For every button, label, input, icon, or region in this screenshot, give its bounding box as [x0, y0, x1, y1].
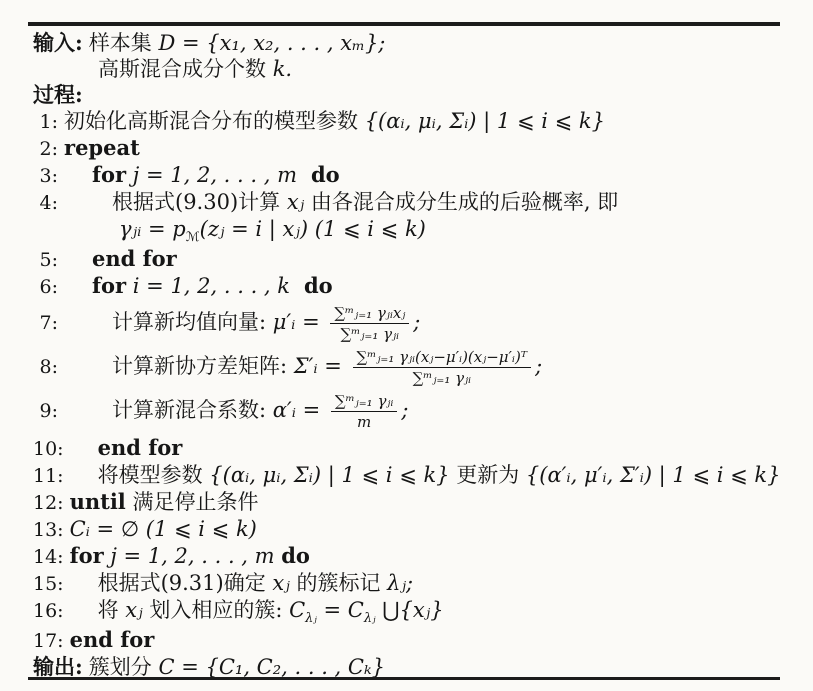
posterior-math: γⱼᵢ = p: [119, 217, 186, 241]
mixing-lhs: α′ᵢ =: [273, 398, 327, 422]
fraction-numerator: ∑ᵐⱼ₌₁ γⱼᵢ: [331, 391, 398, 411]
line-number: 3:: [33, 163, 58, 189]
output-text: 簇划分: [89, 655, 159, 679]
step-16-text: 将: [98, 598, 126, 622]
step-15-text: 根据式(9.31)确定: [98, 571, 273, 595]
step-16-text2: 划入相应的簇:: [143, 598, 289, 622]
line-number: 8:: [33, 354, 58, 380]
step-15-math: xⱼ: [272, 571, 289, 595]
input-continuation-line: 高斯混合成分个数 k.: [33, 56, 797, 82]
input-label: 输入:: [33, 30, 83, 56]
mean-fraction: ∑ᵐⱼ₌₁ γⱼᵢxⱼ∑ᵐⱼ₌₁ γⱼᵢ: [330, 303, 409, 344]
line-number: 15:: [33, 571, 64, 597]
process-label-line: 过程:: [33, 82, 797, 108]
step-row-9: 9:计算新混合系数: α′ᵢ = ∑ᵐⱼ₌₁ γⱼᵢm;: [33, 391, 797, 432]
step-1-text: 初始化高斯混合分布的模型参数: [64, 109, 365, 133]
step-row-8: 8:计算新协方差矩阵: Σ′ᵢ = ∑ᵐⱼ₌₁ γⱼᵢ(xⱼ−μ′ᵢ)(xⱼ−μ…: [33, 347, 797, 388]
keyword-end-for: end for: [70, 627, 155, 652]
semicolon: ;: [401, 398, 408, 422]
process-label: 过程:: [33, 82, 83, 108]
semicolon: ;: [535, 354, 542, 378]
keyword-end-for: end for: [92, 246, 177, 271]
step-row-15: 15:根据式(9.31)确定 xⱼ 的簇标记 λⱼ;: [33, 570, 797, 597]
keyword-for: for: [92, 273, 126, 298]
line-number: 17:: [33, 628, 64, 654]
step-row-6: 6:for i = 1, 2, . . . , k do: [33, 273, 797, 300]
step-row-1: 1:初始化高斯混合分布的模型参数 {(αᵢ, μᵢ, Σᵢ) | 1 ⩽ i ⩽…: [33, 108, 797, 135]
covariance-fraction: ∑ᵐⱼ₌₁ γⱼᵢ(xⱼ−μ′ᵢ)(xⱼ−μ′ᵢ)ᵀ∑ᵐⱼ₌₁ γⱼᵢ: [353, 347, 532, 388]
keyword-for: for: [92, 162, 126, 187]
input-continuation-math: k.: [273, 57, 292, 81]
step-row-3: 3:for j = 1, 2, . . . , m do: [33, 162, 797, 189]
posterior-math2: (zⱼ = i | xⱼ) (1 ⩽ i ⩽ k): [200, 217, 426, 241]
scanned-algorithm-page: 输入:样本集 D = {x₁, x₂, . . . , xₘ}; 高斯混合成分个…: [0, 0, 813, 691]
mean-lhs: μ′ᵢ =: [273, 310, 327, 334]
top-rule: [28, 22, 780, 26]
step-row-4-formula: γⱼᵢ = pℳ(zⱼ = i | xⱼ) (1 ⩽ i ⩽ k): [33, 216, 797, 246]
step-11-math-new: {(α′ᵢ, μ′ᵢ, Σ′ᵢ) | 1 ⩽ i ⩽ k}: [526, 463, 781, 487]
input-text: 样本集: [89, 31, 159, 55]
step-1-math: {(αᵢ, μᵢ, Σᵢ) | 1 ⩽ i ⩽ k}: [365, 109, 605, 133]
step-row-17: 17:end for: [33, 627, 797, 654]
step-12-text: 满足停止条件: [126, 490, 259, 514]
keyword-do: do: [281, 543, 310, 568]
keyword-do: do: [304, 162, 340, 187]
fraction-numerator: ∑ᵐⱼ₌₁ γⱼᵢ(xⱼ−μ′ᵢ)(xⱼ−μ′ᵢ)ᵀ: [353, 347, 532, 367]
line-number: 7:: [33, 310, 58, 336]
step-row-12: 12:until 满足停止条件: [33, 489, 797, 516]
step-16-math: xⱼ: [125, 598, 142, 622]
step-6-math: i = 1, 2, . . . , k: [126, 274, 297, 298]
step-14-math: j = 1, 2, . . . , m: [104, 544, 282, 568]
lambda-subscript: λⱼ: [364, 611, 376, 626]
step-8-text: 计算新协方差矩阵:: [112, 354, 294, 378]
line-number: 6:: [33, 274, 58, 300]
line-number: 11:: [33, 463, 64, 489]
fraction-denominator: m: [331, 411, 398, 432]
step-11-text2: 更新为: [450, 463, 526, 487]
step-row-10: 10:end for: [33, 435, 797, 462]
output-math: C = {C₁, C₂, . . . , Cₖ}: [158, 655, 385, 679]
step-row-16: 16:将 xⱼ 划入相应的簇: Cλⱼ = Cλⱼ ⋃{xⱼ}: [33, 597, 797, 627]
keyword-until: until: [70, 489, 126, 514]
input-line: 输入:样本集 D = {x₁, x₂, . . . , xₘ};: [33, 30, 797, 56]
line-number: 9:: [33, 398, 58, 424]
step-4-text: 根据式(9.30)计算: [112, 190, 287, 214]
line-number: 10:: [33, 436, 64, 462]
semicolon: ;: [413, 310, 420, 334]
step-11-math-old: {(αᵢ, μᵢ, Σᵢ) | 1 ⩽ i ⩽ k}: [209, 463, 449, 487]
line-number: 4:: [33, 190, 58, 216]
fraction-numerator: ∑ᵐⱼ₌₁ γⱼᵢxⱼ: [330, 303, 409, 323]
fraction-denominator: ∑ᵐⱼ₌₁ γⱼᵢ: [353, 367, 532, 388]
step-3-math: j = 1, 2, . . . , m: [126, 163, 304, 187]
line-number: 2:: [33, 136, 58, 162]
union-expression: ⋃{xⱼ}: [376, 598, 444, 622]
line-number: 1:: [33, 109, 58, 135]
algorithm-box: 输入:样本集 D = {x₁, x₂, . . . , xₘ}; 高斯混合成分个…: [33, 30, 797, 680]
step-row-2: 2:repeat: [33, 135, 797, 162]
keyword-do: do: [297, 273, 333, 298]
input-continuation-text: 高斯混合成分个数: [98, 57, 273, 81]
step-row-5: 5:end for: [33, 246, 797, 273]
input-math: D = {x₁, x₂, . . . , xₘ};: [158, 31, 385, 55]
script-m-subscript: ℳ: [186, 230, 200, 245]
keyword-repeat: repeat: [64, 135, 140, 160]
fraction-denominator: ∑ᵐⱼ₌₁ γⱼᵢ: [330, 323, 409, 344]
covariance-lhs: Σ′ᵢ =: [294, 354, 349, 378]
cluster-c: C: [289, 598, 305, 622]
step-4-text2: 由各混合成分生成的后验概率, 即: [304, 190, 618, 214]
step-11-text: 将模型参数: [98, 463, 210, 487]
line-number: 16:: [33, 598, 64, 624]
bottom-rule: [28, 677, 780, 680]
line-number: 14:: [33, 544, 64, 570]
cluster-equals: = C: [317, 598, 364, 622]
step-9-text: 计算新混合系数:: [112, 398, 273, 422]
line-number: 12:: [33, 490, 64, 516]
step-15-text2: 的簇标记: [290, 571, 387, 595]
line-number: 5:: [33, 247, 58, 273]
keyword-for: for: [70, 543, 104, 568]
step-row-14: 14:for j = 1, 2, . . . , m do: [33, 543, 797, 570]
step-row-11: 11:将模型参数 {(αᵢ, μᵢ, Σᵢ) | 1 ⩽ i ⩽ k} 更新为 …: [33, 462, 797, 489]
step-7-text: 计算新均值向量:: [112, 310, 273, 334]
mixing-fraction: ∑ᵐⱼ₌₁ γⱼᵢm: [331, 391, 398, 432]
keyword-end-for: end for: [98, 435, 183, 460]
lambda-subscript: λⱼ: [305, 611, 317, 626]
line-number: 13:: [33, 517, 64, 543]
step-15-math2: λⱼ;: [387, 571, 413, 595]
step-row-7: 7:计算新均值向量: μ′ᵢ = ∑ᵐⱼ₌₁ γⱼᵢxⱼ∑ᵐⱼ₌₁ γⱼᵢ;: [33, 303, 797, 344]
step-4-math: xⱼ: [287, 190, 304, 214]
step-13-math: Cᵢ = ∅ (1 ⩽ i ⩽ k): [70, 517, 257, 541]
step-row-4: 4:根据式(9.30)计算 xⱼ 由各混合成分生成的后验概率, 即: [33, 189, 797, 216]
step-row-13: 13:Cᵢ = ∅ (1 ⩽ i ⩽ k): [33, 516, 797, 543]
